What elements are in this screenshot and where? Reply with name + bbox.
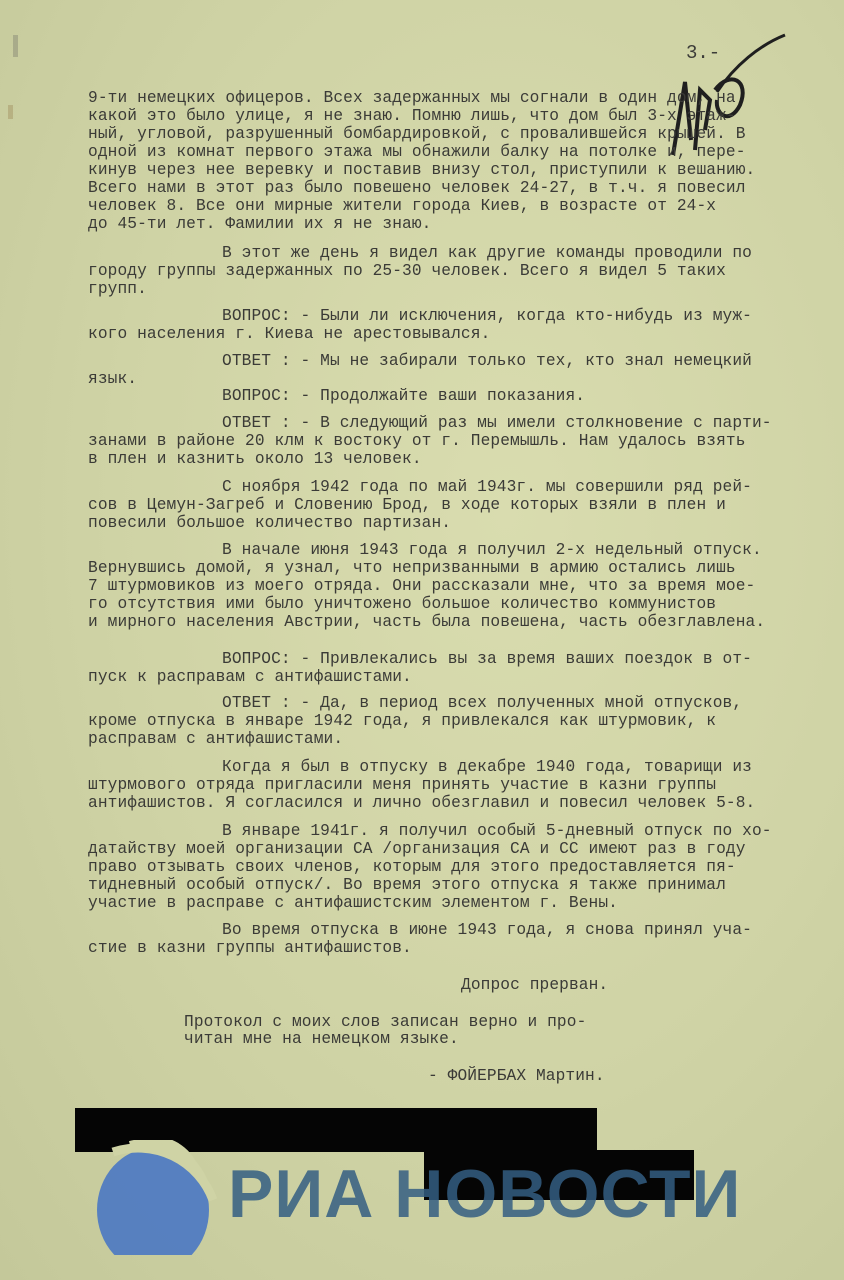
text-line: сов в Цемун-Загреб и Словению Брод, в хо… bbox=[88, 496, 726, 514]
document-page: 3.- 9-ти немецких офицеров. Всех задержа… bbox=[0, 0, 844, 1280]
left-edge-mark bbox=[13, 35, 18, 57]
text-line: до 45-ти лет. Фамилии их я не знаю. bbox=[88, 215, 432, 233]
text-line: - ФОЙЕРБАХ Мартин. bbox=[428, 1067, 605, 1085]
left-edge-mark bbox=[8, 105, 13, 119]
text-line: Протокол с моих слов записан верно и про… bbox=[184, 1013, 586, 1031]
text-line: ОТВЕТ : - Да, в период всех полученных м… bbox=[222, 694, 742, 712]
text-line: Когда я был в отпуску в декабре 1940 год… bbox=[222, 758, 752, 776]
text-line: ВОПРОС: - Продолжайте ваши показания. bbox=[222, 387, 585, 405]
text-line: человек 8. Все они мирные жители города … bbox=[88, 197, 716, 215]
text-line: В этот же день я видел как другие команд… bbox=[222, 244, 752, 262]
text-line: кинув через нее веревку и поставив внизу… bbox=[88, 161, 755, 179]
text-line: занами в районе 20 клм к востоку от г. П… bbox=[88, 432, 746, 450]
ria-novosti-watermark-text: РИА НОВОСТИ bbox=[228, 1160, 741, 1228]
text-line: групп. bbox=[88, 280, 147, 298]
text-line: Допрос прерван. bbox=[461, 976, 608, 994]
text-line: читан мне на немецком языке. bbox=[184, 1030, 459, 1048]
text-line: 7 штурмовиков из моего отряда. Они расск… bbox=[88, 577, 755, 595]
text-line: Во время отпуска в июне 1943 года, я сно… bbox=[222, 921, 752, 939]
text-line: городу группы задержанных по 25-30 челов… bbox=[88, 262, 726, 280]
text-line: стие в казни группы антифашистов. bbox=[88, 939, 412, 957]
text-line: в плен и казнить около 13 человек. bbox=[88, 450, 422, 468]
text-line: В начале июня 1943 года я получил 2-х не… bbox=[222, 541, 762, 559]
text-line: ВОПРОС: - Были ли исключения, когда кто-… bbox=[222, 307, 752, 325]
text-line: го отсутствия ими было уничтожено большо… bbox=[88, 595, 716, 613]
text-line: язык. bbox=[88, 370, 137, 388]
text-line: какой это было улице, я не знаю. Помню л… bbox=[88, 107, 736, 125]
text-line: повесили большое количество партизан. bbox=[88, 514, 451, 532]
text-line: антифашистов. Я согласился и лично обезг… bbox=[88, 794, 755, 812]
text-line: ОТВЕТ : - В следующий раз мы имели столк… bbox=[222, 414, 772, 432]
text-line: 9-ти немецких офицеров. Всех задержанных… bbox=[88, 89, 736, 107]
text-line: ный, угловой, разрушенный бомбардировкой… bbox=[88, 125, 746, 143]
text-line: штурмового отряда пригласили меня принят… bbox=[88, 776, 716, 794]
text-line: одной из комнат первого этажа мы обнажил… bbox=[88, 143, 746, 161]
text-line: В январе 1941г. я получил особый 5-дневн… bbox=[222, 822, 772, 840]
text-line: и мирного населения Австрии, часть была … bbox=[88, 613, 765, 631]
text-line: кого населения г. Киева не арестовывался… bbox=[88, 325, 490, 343]
text-line: С ноября 1942 года по май 1943г. мы сове… bbox=[222, 478, 752, 496]
text-line: датайству моей организации СА /организац… bbox=[88, 840, 746, 858]
text-line: расправам с антифашистами. bbox=[88, 730, 343, 748]
text-line: Всего нами в этот раз было повешено чело… bbox=[88, 179, 746, 197]
text-line: тидневный особый отпуск/. Во время этого… bbox=[88, 876, 726, 894]
text-line: ВОПРОС: - Привлекались вы за время ваших… bbox=[222, 650, 752, 668]
text-line: кроме отпуска в январе 1942 года, я прив… bbox=[88, 712, 716, 730]
text-line: Вернувшись домой, я узнал, что непризван… bbox=[88, 559, 736, 577]
text-line: ОТВЕТ : - Мы не забирали только тех, кто… bbox=[222, 352, 752, 370]
text-line: участие в расправе с антифашистским элем… bbox=[88, 894, 618, 912]
text-line: пуск к расправам с антифашистами. bbox=[88, 668, 412, 686]
text-line: право отзывать своих членов, которым для… bbox=[88, 858, 736, 876]
